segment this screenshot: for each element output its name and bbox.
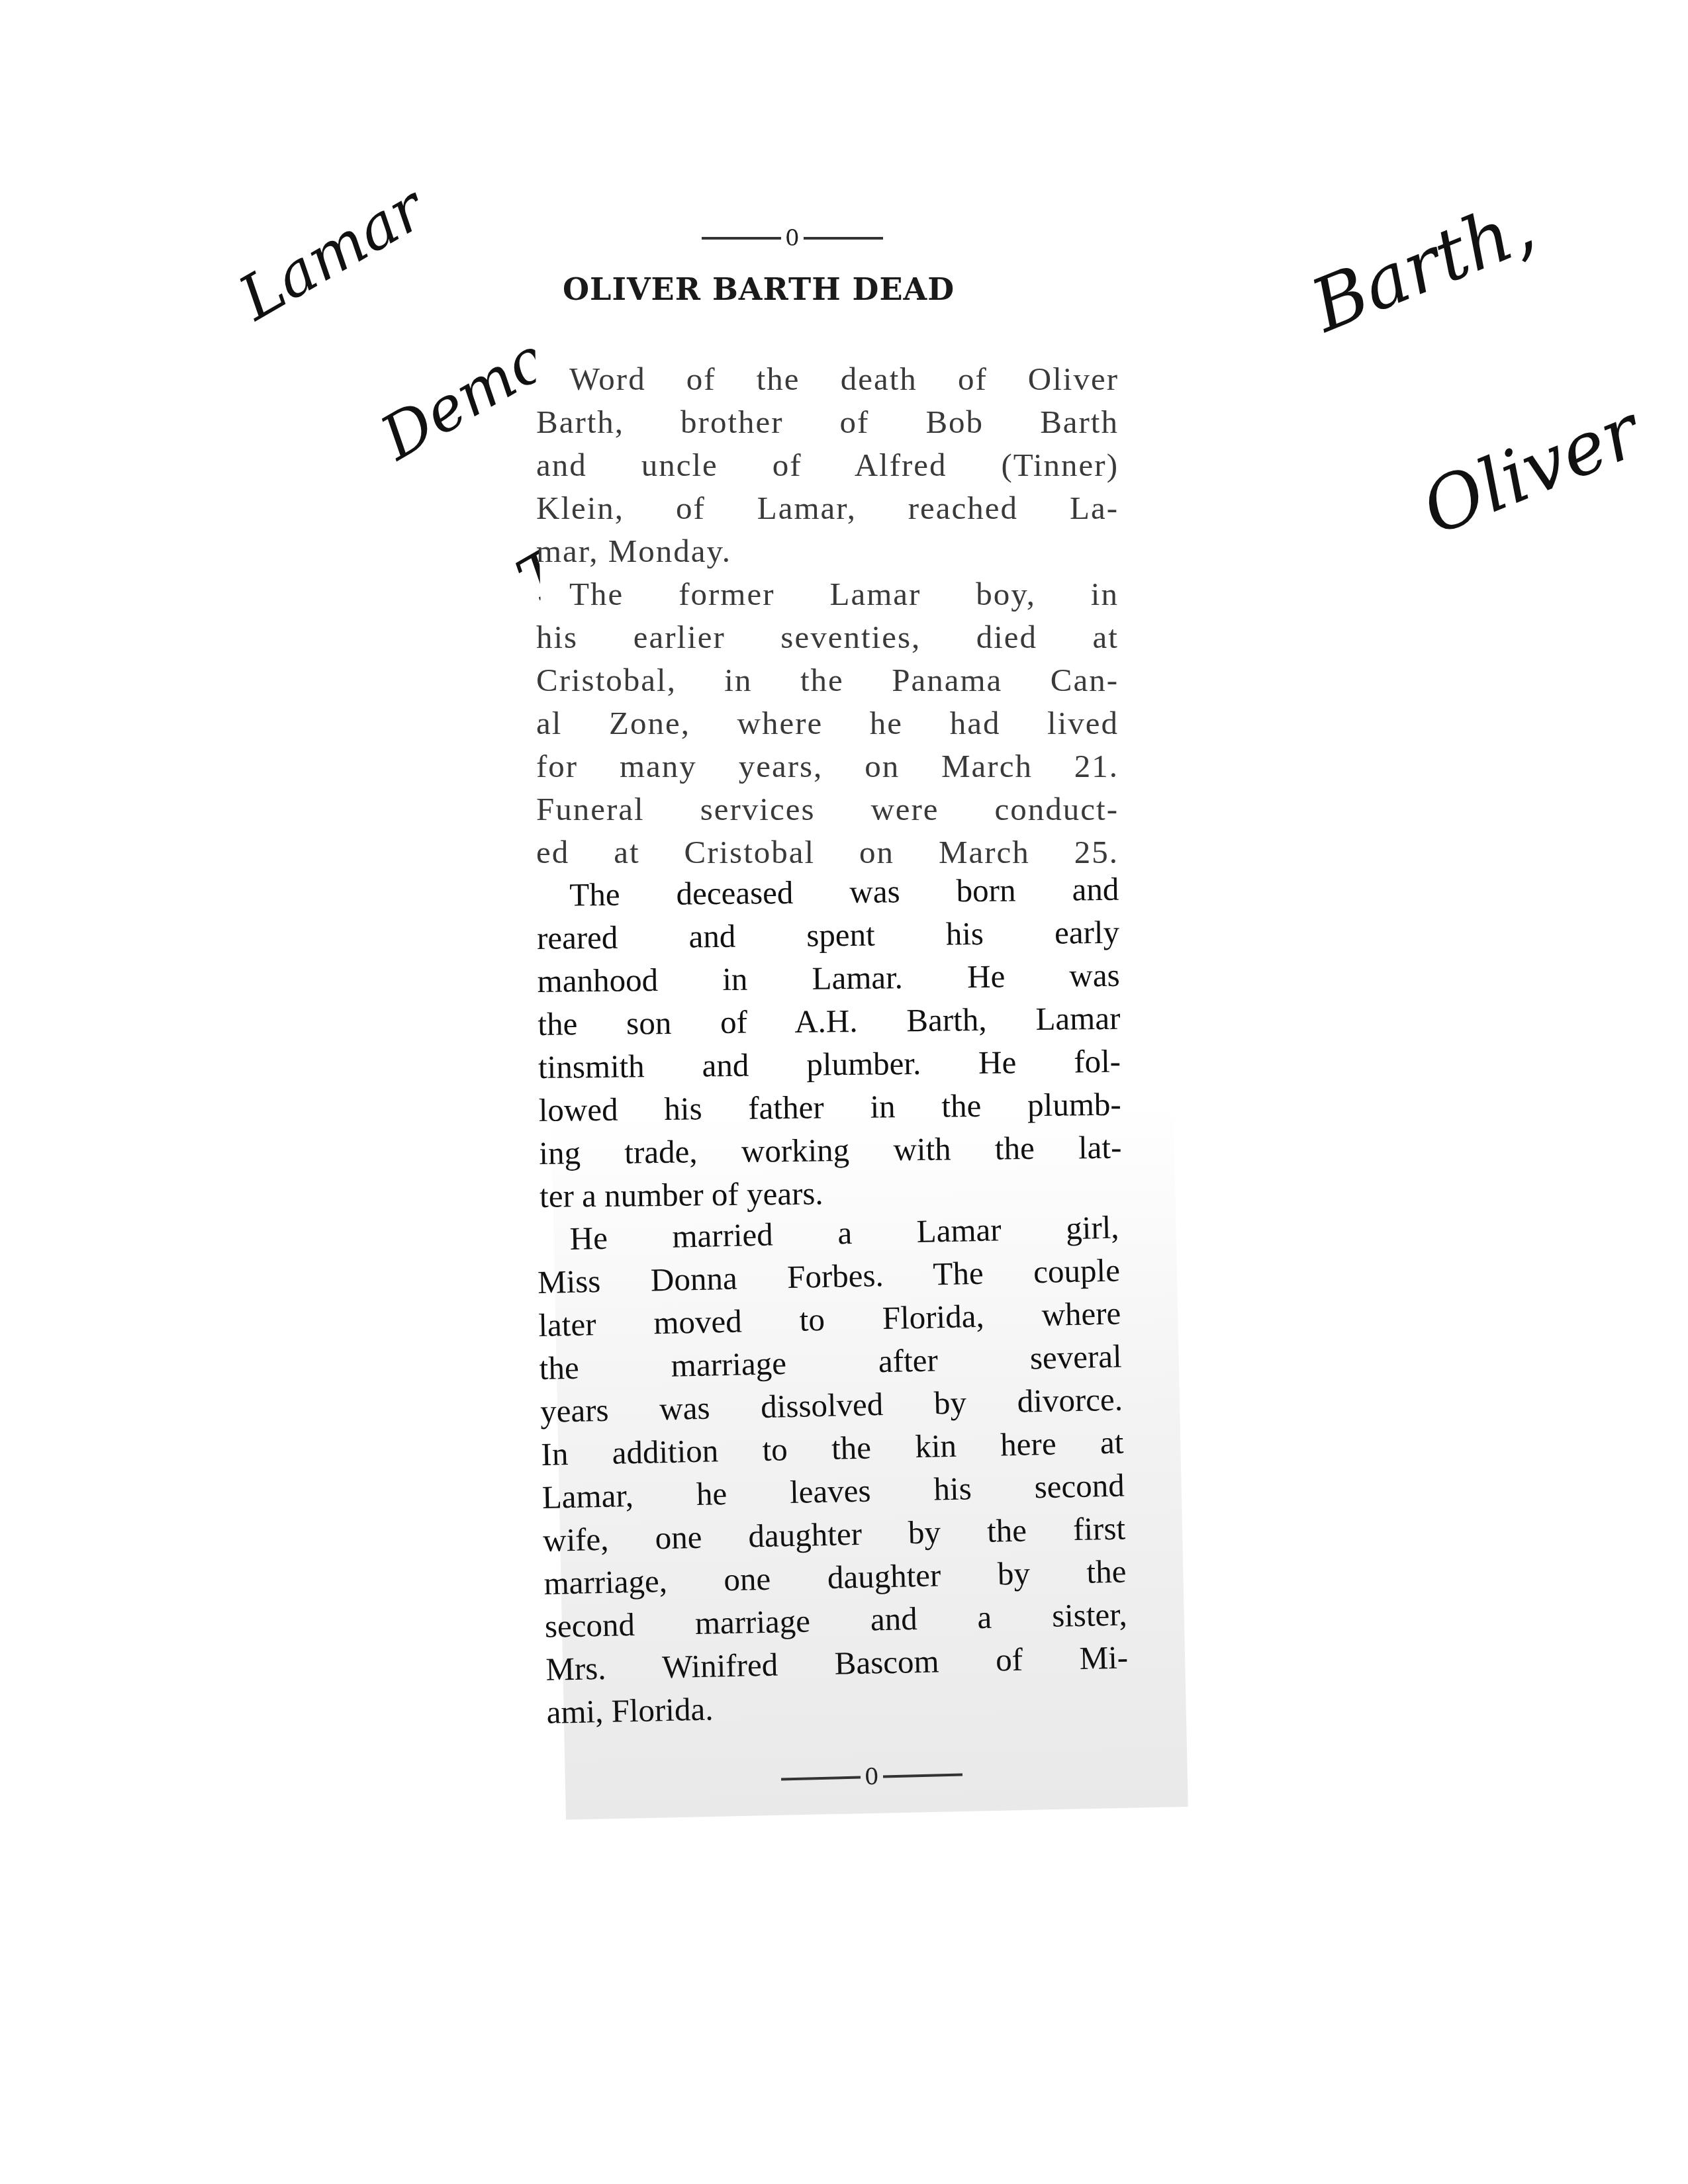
text-line: Funeral services were conduct- [536, 788, 1119, 831]
paragraph-4: He married a Lamar girl, Miss Donna Forb… [536, 1206, 1129, 1734]
text-line: The former Lamar boy, in [536, 572, 1119, 615]
text-line: and uncle of Alfred (Tinner) [536, 443, 1119, 486]
text-line: reared and spent his early [537, 911, 1120, 960]
text-line: his earlier seventies, died at [536, 615, 1119, 659]
text-line: al Zone, where he had lived [536, 702, 1119, 745]
text-line: Word of the death of Oliver [536, 357, 1119, 400]
text-line: tinsmith and plumber. He fol- [538, 1040, 1121, 1089]
subject-note-line: Barth, [1302, 180, 1564, 345]
paragraph-3: The deceased was born and reared and spe… [536, 868, 1122, 1218]
text-line: Cristobal, in the Panama Can- [536, 659, 1119, 702]
article-body: Word of the death of Oliver Barth, broth… [536, 357, 1119, 1734]
separator-rule [804, 237, 883, 240]
text-line: The deceased was born and [536, 868, 1119, 917]
newspaper-clipping: 0 OLIVER BARTH DEAD Word of the death of… [523, 212, 1172, 1813]
text-line: ing trade, working with the lat- [539, 1126, 1122, 1175]
separator-glyph: 0 [785, 225, 800, 251]
text-line: the son of A.H. Barth, Lamar [538, 997, 1121, 1046]
subject-note-line: Oliver [1412, 392, 1650, 548]
text-line: ed at Cristobal on March 25. [536, 831, 1119, 874]
paragraph-1: Word of the death of Oliver Barth, broth… [536, 357, 1119, 874]
text-line: for many years, on March 21. [536, 745, 1119, 788]
text-line: lowed his father in the plumb- [538, 1083, 1121, 1132]
separator-rule [883, 1773, 962, 1778]
separator-glyph: 0 [864, 1764, 879, 1791]
separator-rule [781, 1776, 861, 1780]
separator-ornament-top: 0 [702, 225, 883, 251]
text-line: mar, Monday. [536, 529, 1119, 572]
text-line: Barth, brother of Bob Barth [536, 400, 1119, 443]
text-line: Klein, of Lamar, reached La- [536, 486, 1119, 529]
handwritten-subject-note: Barth, Oliver [1244, 38, 1679, 629]
separator-ornament-bottom: 0 [781, 1761, 963, 1792]
separator-rule [702, 237, 781, 240]
text-line: manhood in Lamar. He was [537, 954, 1120, 1003]
article-headline: OLIVER BARTH DEAD [563, 271, 955, 307]
